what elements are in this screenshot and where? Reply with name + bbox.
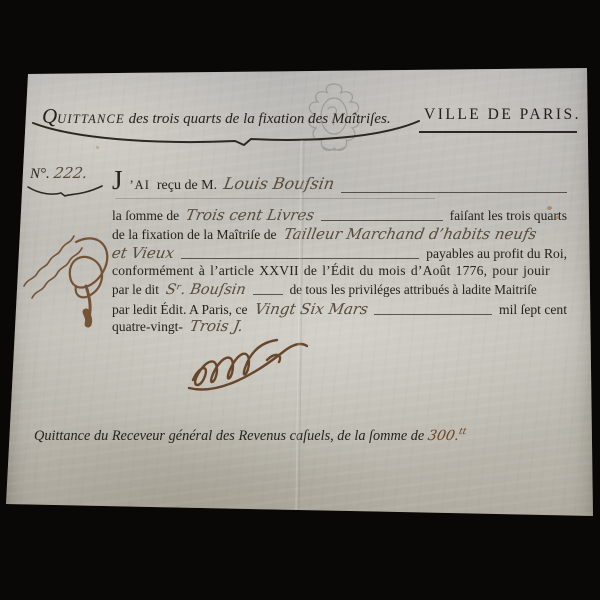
body-line-3: de la fixation de la Maîtriſe de Tailleu…	[112, 225, 567, 243]
trade-name-cont: et Vieux	[110, 244, 175, 262]
line5-text: conformément à l’article XXVII de l’Édit…	[112, 263, 550, 279]
blank-line-rule	[341, 192, 567, 193]
blank-line-rule-faint	[115, 198, 435, 199]
payer-name: Louis Bouſsin	[222, 174, 336, 193]
line7-text: par ledit Édit. A Paris, ce	[112, 302, 248, 318]
line1-caps: ’AI	[130, 178, 150, 193]
footer-text: Quittance du Receveur général des Revenu…	[34, 428, 428, 444]
number-value: 222.	[52, 164, 89, 182]
blank-line-rule	[321, 220, 442, 221]
city-underline	[419, 131, 577, 133]
line8-text: quatre-vingt-	[112, 319, 183, 335]
document-photo: QUITTANCE des trois quarts de la fixatio…	[0, 0, 600, 600]
footer-amount-unit: tt	[458, 427, 467, 437]
body-line-6: par le dit Sʳ. Bouſsin de tous les privi…	[112, 282, 567, 298]
line2-tail: faiſant les trois quarts	[450, 208, 567, 224]
city-title: VILLE DE PARIS.	[424, 106, 581, 124]
drop-cap: J	[112, 165, 123, 196]
line1-text: reçu de M.	[157, 178, 217, 194]
number-brace-flourish	[26, 184, 104, 197]
blank-line-rule	[253, 294, 283, 295]
body-line-5: conformément à l’article XXVII de l’Édit…	[112, 263, 567, 279]
parchment-sheet: QUITTANCE des trois quarts de la fixatio…	[0, 0, 600, 600]
line6-tail: de tous les priviléges attribués à ladit…	[290, 282, 537, 298]
date-words: Vingt Six Mars	[253, 300, 369, 318]
amount-words: Trois cent Livres	[185, 206, 316, 224]
trade-name: Tailleur Marchand d’habits neufs	[282, 225, 538, 243]
line7-tail: mil ſept cent	[499, 302, 567, 318]
body-line-8: quatre-vingt- Trois J.	[112, 317, 567, 335]
rust-speck	[96, 146, 99, 149]
body-line-2: la ſomme de Trois cent Livres faiſant le…	[112, 206, 567, 224]
body-line-7: par ledit Édit. A Paris, ce Vingt Six Ma…	[112, 300, 567, 318]
registration-paraph-icon	[16, 224, 124, 342]
line4-tail: payables au profit du Roi,	[426, 246, 567, 262]
footer-amount: 300.	[426, 428, 460, 444]
line2-text: la ſomme de	[112, 208, 179, 224]
rust-speck	[556, 216, 559, 219]
rust-speck	[547, 206, 552, 210]
body-line-1: J’AI reçu de M. Louis Bouſsin	[112, 165, 567, 196]
document-number: N°. 222.	[30, 164, 87, 183]
title-brace-flourish	[30, 118, 422, 146]
line6-text: par le dit	[112, 282, 159, 298]
blank-line-rule	[374, 314, 492, 315]
body-line-4: et Vieux payables au profit du Roi,	[112, 244, 567, 262]
line3-text: de la fixation de la Maîtriſe de	[112, 227, 277, 243]
receiver-quittance-line: Quittance du Receveur général des Revenu…	[34, 427, 466, 445]
holder-name: Sʳ. Bouſsin	[164, 282, 247, 298]
number-label: N°.	[30, 166, 50, 182]
